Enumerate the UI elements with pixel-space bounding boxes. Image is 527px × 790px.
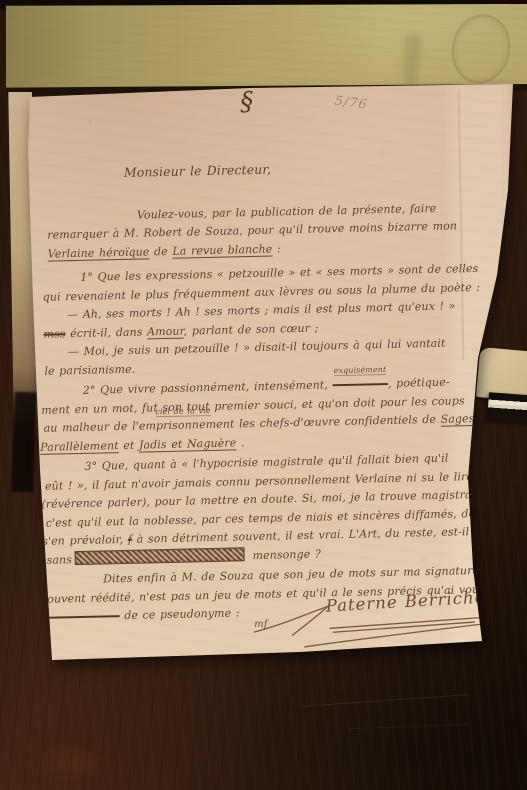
handwritten-text: Verlaine héroïque <box>48 245 150 260</box>
handwritten-text: La revue blanche <box>172 242 272 257</box>
handwritten-text: le parisianisme. <box>44 362 135 377</box>
handwritten-text: les chefs-d'œuvre confidentiels de <box>234 413 440 431</box>
photograph-of-letter: § 5/76 Monsieur le Directeur, Voulez-vou… <box>0 0 527 790</box>
handwritten-text: sans <box>47 553 73 567</box>
section-mark: § <box>240 89 254 115</box>
insertion-wrapper: —————exquisément <box>332 375 388 395</box>
signature-block: mf Paterne Berrichon . <box>41 584 502 664</box>
handwritten-text: l'emprisonnement <box>132 417 235 432</box>
struck-out-text: mss <box>43 327 65 340</box>
handwritten-text: au malheur de <box>44 420 133 435</box>
handwritten-text: Sagesse <box>440 412 486 426</box>
handwriting-layer: § 5/76 Monsieur le Directeur, Voulez-vou… <box>30 79 513 665</box>
handwritten-text: , <box>487 412 495 425</box>
manuscript-body: Voulez-vous, par la publication de la pr… <box>33 198 512 628</box>
interline-insertion: exquisément <box>334 365 387 376</box>
handwritten-text: Amour <box>147 324 184 338</box>
handwritten-text: Jadis et Naguère <box>139 436 237 451</box>
signature-paraph: mf <box>254 616 268 635</box>
blackout-redaction <box>75 547 245 565</box>
handwritten-text: Parallèlement <box>40 439 119 454</box>
salutation: Monsieur le Directeur, <box>124 155 502 182</box>
handwritten-text: écrit-il, dans <box>65 325 147 340</box>
manuscript-page: § 5/76 Monsieur le Directeur, Voulez-vou… <box>0 0 527 790</box>
handwritten-text: de <box>149 244 172 258</box>
struck-out-text: ————— <box>332 377 388 391</box>
handwritten-text: : <box>272 242 281 255</box>
manuscript-page-wrap: § 5/76 Monsieur le Directeur, Voulez-vou… <box>0 0 527 790</box>
interline-insertion: ciel de la vie <box>155 406 211 417</box>
handwritten-text: . <box>236 436 244 449</box>
handwritten-text: 2° Que vivre passionnément, intensément, <box>83 378 333 397</box>
handwritten-text: , poétique- <box>388 376 450 390</box>
handwritten-text: s'en prévaloir, <box>42 533 128 548</box>
page-header-row: § 5/76 <box>30 79 501 126</box>
archival-number-pencil: 5/76 <box>333 93 368 116</box>
handwritten-text: mensonge ? <box>248 547 321 562</box>
handwritten-text: et <box>119 438 140 451</box>
insertion-wrapper: l'emprisonnementciel de la vie <box>132 415 235 436</box>
handwritten-text: , parlant de son cœur ; <box>184 321 319 337</box>
